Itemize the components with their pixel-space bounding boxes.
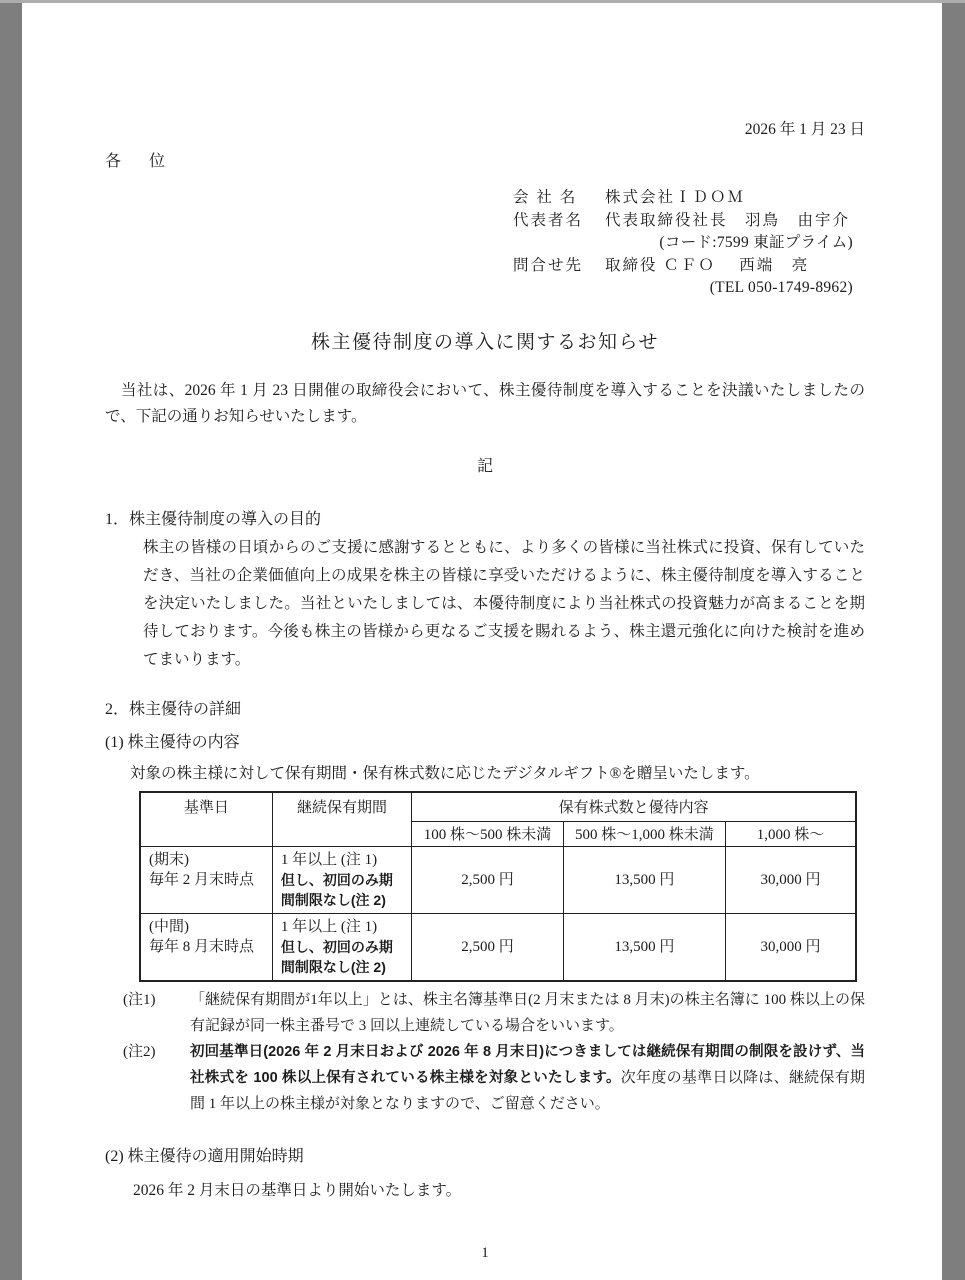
item1-lead: 対象の株主様に対して保有期間・保有株式数に応じたデジタルギフト®を贈呈いたします… <box>130 762 865 786</box>
stock-code-line: (コード:7599 東証プライム) <box>513 232 865 255</box>
note-1-label: (注1) <box>123 987 173 1039</box>
period-type: (中間) <box>149 917 264 937</box>
item1-heading: (1) 株主優待の内容 <box>105 729 865 757</box>
representative-label: 代表者名 <box>513 210 587 233</box>
note-2-text: 初回基準日(2026 年 2 月末日および 2026 年 8 月末日)につきまし… <box>190 1039 865 1117</box>
item2-body: 2026 年 2 月末日の基準日より開始いたします。 <box>133 1179 865 1203</box>
col-header-holding-period: 継続保有期間 <box>272 792 411 847</box>
notes-block: (注1) 「継続保有期間が1年以上」とは、株主名簿基準日(2 月末または 8 月… <box>123 987 865 1117</box>
holding-requirement: 1 年以上 (注 1) <box>281 850 403 870</box>
company-name-value: 株式会社ＩＤＯＭ <box>605 189 745 206</box>
col-header-benefit-group: 保有株式数と優待内容 <box>412 792 856 822</box>
table-header-row-1: 基準日 継続保有期間 保有株式数と優待内容 <box>140 792 856 822</box>
holding-exception: 但し、初回のみ期間制限なし(注 2) <box>281 937 403 977</box>
page-number: 1 <box>105 1243 865 1263</box>
benefit-value-tier-2: 13,500 円 <box>563 846 725 913</box>
document-page: 2026 年 1 月 23 日 各 位 会 社 名株式会社ＩＤＯＭ 代表者名代表… <box>22 3 942 1280</box>
company-name-label: 会 社 名 <box>513 187 587 210</box>
note-1-text: 「継続保有期間が1年以上」とは、株主名簿基準日(2 月末または 8 月末)の株主… <box>190 987 865 1039</box>
holding-period-cell: 1 年以上 (注 1) 但し、初回のみ期間制限なし(注 2) <box>272 846 411 913</box>
contact-label: 問合せ先 <box>513 255 587 278</box>
table-row-interim: (中間) 毎年 8 月末時点 1 年以上 (注 1) 但し、初回のみ期間制限なし… <box>140 913 856 981</box>
col-header-tier-2: 500 株～1,000 株未満 <box>563 821 725 846</box>
col-header-tier-1: 100 株～500 株未満 <box>412 821 563 846</box>
period-type: (期末) <box>149 850 264 870</box>
holding-requirement: 1 年以上 (注 1) <box>281 917 403 937</box>
benefit-value-tier-1: 2,500 円 <box>412 846 563 913</box>
col-header-base-date: 基準日 <box>140 792 272 847</box>
company-name-row: 会 社 名株式会社ＩＤＯＭ <box>513 187 865 210</box>
benefit-value-tier-3: 30,000 円 <box>726 913 856 981</box>
note-2-label: (注2) <box>123 1039 173 1117</box>
section1-body: 株主の皆様の日頃からのご支援に感謝するとともに、より多くの皆様に当社株式に投資、… <box>143 534 865 674</box>
item2-heading: (2) 株主優待の適用開始時期 <box>105 1143 865 1171</box>
record-date: 毎年 8 月末時点 <box>149 937 264 957</box>
base-date-cell: (中間) 毎年 8 月末時点 <box>140 913 272 981</box>
contact-value: 取締役 ＣＦＯ 西端 亮 <box>605 257 809 274</box>
note-2: (注2) 初回基準日(2026 年 2 月末日および 2026 年 8 月末日)… <box>123 1039 865 1117</box>
benefit-value-tier-3: 30,000 円 <box>726 846 856 913</box>
section1-heading: 1．株主優待制度の導入の目的 <box>105 506 865 534</box>
table-row-fiscal-year-end: (期末) 毎年 2 月末時点 1 年以上 (注 1) 但し、初回のみ期間制限なし… <box>140 846 856 913</box>
holding-period-cell: 1 年以上 (注 1) 但し、初回のみ期間制限なし(注 2) <box>272 913 411 981</box>
intro-paragraph: 当社は、2026 年 1 月 23 日開催の取締役会において、株主優待制度を導入… <box>105 378 865 430</box>
benefit-value-tier-2: 13,500 円 <box>563 913 725 981</box>
document-viewer: { "document": { "date": "2026 年 1 月 23 日… <box>0 0 965 1280</box>
document-date: 2026 年 1 月 23 日 <box>105 3 865 141</box>
telephone-line: (TEL 050-1749-8962) <box>513 277 865 300</box>
benefit-table: 基準日 継続保有期間 保有株式数と優待内容 100 株～500 株未満 500 … <box>139 791 857 982</box>
holding-exception: 但し、初回のみ期間制限なし(注 2) <box>281 870 403 910</box>
document-content: 2026 年 1 月 23 日 各 位 会 社 名株式会社ＩＤＯＭ 代表者名代表… <box>22 3 942 1263</box>
record-mark: 記 <box>105 456 865 478</box>
note-1: (注1) 「継続保有期間が1年以上」とは、株主名簿基準日(2 月末または 8 月… <box>123 987 865 1039</box>
benefit-value-tier-1: 2,500 円 <box>412 913 563 981</box>
contact-row: 問合せ先取締役 ＣＦＯ 西端 亮 <box>513 255 865 278</box>
representative-row: 代表者名代表取締役社長 羽鳥 由宇介 <box>513 210 865 233</box>
representative-value: 代表取締役社長 羽鳥 由宇介 <box>605 212 850 229</box>
document-title: 株主優待制度の導入に関するお知らせ <box>105 330 865 356</box>
base-date-cell: (期末) 毎年 2 月末時点 <box>140 846 272 913</box>
section2-heading: 2．株主優待の詳細 <box>105 696 865 724</box>
salutation: 各 位 <box>105 151 865 173</box>
record-date: 毎年 2 月末時点 <box>149 870 264 890</box>
company-info-block: 会 社 名株式会社ＩＤＯＭ 代表者名代表取締役社長 羽鳥 由宇介 (コード:75… <box>513 187 865 300</box>
note-1-body: 「継続保有期間が1年以上」とは、株主名簿基準日(2 月末または 8 月末)の株主… <box>190 992 865 1034</box>
viewer-top-edge <box>0 0 965 3</box>
col-header-tier-3: 1,000 株～ <box>726 821 856 846</box>
